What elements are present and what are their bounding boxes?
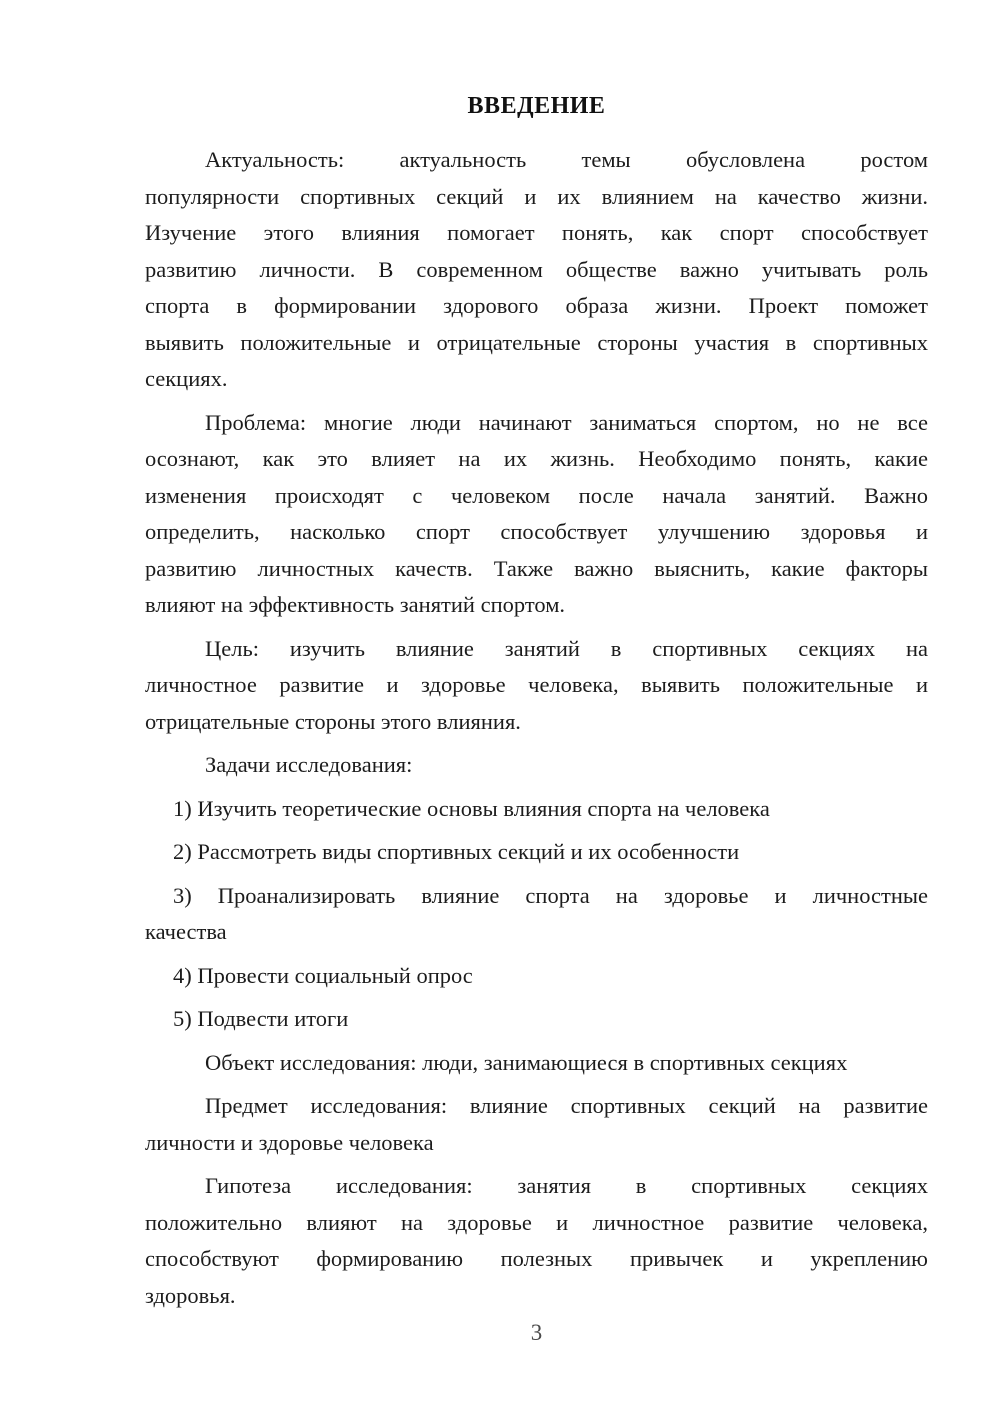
- text-line: Цель: изучить влияние занятий в спортивн…: [145, 631, 928, 668]
- text-line: спорта в формировании здорового образа ж…: [145, 288, 928, 325]
- text-line: Задачи исследования:: [145, 747, 928, 784]
- text-line: 2) Рассмотреть виды спортивных секций и …: [145, 834, 928, 871]
- text-line: секциях.: [145, 361, 928, 398]
- text-line: определить, насколько спорт способствует…: [145, 514, 928, 551]
- text-line: осознают, как это влияет на их жизнь. Не…: [145, 441, 928, 478]
- document-content: ВВЕДЕНИЕ Актуальность: актуальность темы…: [145, 88, 928, 1321]
- text-line: Предмет исследования: влияние спортивных…: [145, 1088, 928, 1125]
- text-line: Объект исследования: люди, занимающиеся …: [145, 1045, 928, 1082]
- text-line: развитию личности. В современном обществ…: [145, 252, 928, 289]
- text-line: 1) Изучить теоретические основы влияния …: [145, 791, 928, 828]
- document-page: ВВЕДЕНИЕ Актуальность: актуальность темы…: [0, 0, 1000, 1414]
- paragraph: 4) Провести социальный опрос: [145, 958, 928, 995]
- paragraph: 5) Подвести итоги: [145, 1001, 928, 1038]
- text-line: способствуют формированию полезных привы…: [145, 1241, 928, 1278]
- text-line: популярности спортивных секций и их влия…: [145, 179, 928, 216]
- text-line: Актуальность: актуальность темы обусловл…: [145, 142, 928, 179]
- text-line: развитию личностных качеств. Также важно…: [145, 551, 928, 588]
- paragraph: Объект исследования: люди, занимающиеся …: [145, 1045, 928, 1082]
- paragraph: Задачи исследования:: [145, 747, 928, 784]
- text-line: положительно влияют на здоровье и личнос…: [145, 1205, 928, 1242]
- paragraph: Гипотеза исследования: занятия в спортив…: [145, 1168, 928, 1314]
- text-line: 3) Проанализировать влияние спорта на зд…: [145, 878, 928, 915]
- text-line: Проблема: многие люди начинают заниматьс…: [145, 405, 928, 442]
- page-title: ВВЕДЕНИЕ: [145, 88, 928, 124]
- text-line: Изучение этого влияния помогает понять, …: [145, 215, 928, 252]
- text-line: изменения происходят с человеком после н…: [145, 478, 928, 515]
- text-line: здоровья.: [145, 1278, 928, 1315]
- document-body: Актуальность: актуальность темы обусловл…: [145, 142, 928, 1314]
- text-line: Гипотеза исследования: занятия в спортив…: [145, 1168, 928, 1205]
- text-line: личностное развитие и здоровье человека,…: [145, 667, 928, 704]
- paragraph: Проблема: многие люди начинают заниматьс…: [145, 405, 928, 624]
- paragraph: Актуальность: актуальность темы обусловл…: [145, 142, 928, 398]
- page-number: 3: [145, 1320, 928, 1346]
- paragraph: 3) Проанализировать влияние спорта на зд…: [145, 878, 928, 951]
- text-line: отрицательные стороны этого влияния.: [145, 704, 928, 741]
- text-line: 5) Подвести итоги: [145, 1001, 928, 1038]
- paragraph: Цель: изучить влияние занятий в спортивн…: [145, 631, 928, 741]
- text-line: личности и здоровье человека: [145, 1125, 928, 1162]
- text-line: влияют на эффективность занятий спортом.: [145, 587, 928, 624]
- paragraph: Предмет исследования: влияние спортивных…: [145, 1088, 928, 1161]
- paragraph: 1) Изучить теоретические основы влияния …: [145, 791, 928, 828]
- text-line: качества: [145, 914, 928, 951]
- paragraph: 2) Рассмотреть виды спортивных секций и …: [145, 834, 928, 871]
- text-line: 4) Провести социальный опрос: [145, 958, 928, 995]
- text-line: выявить положительные и отрицательные ст…: [145, 325, 928, 362]
